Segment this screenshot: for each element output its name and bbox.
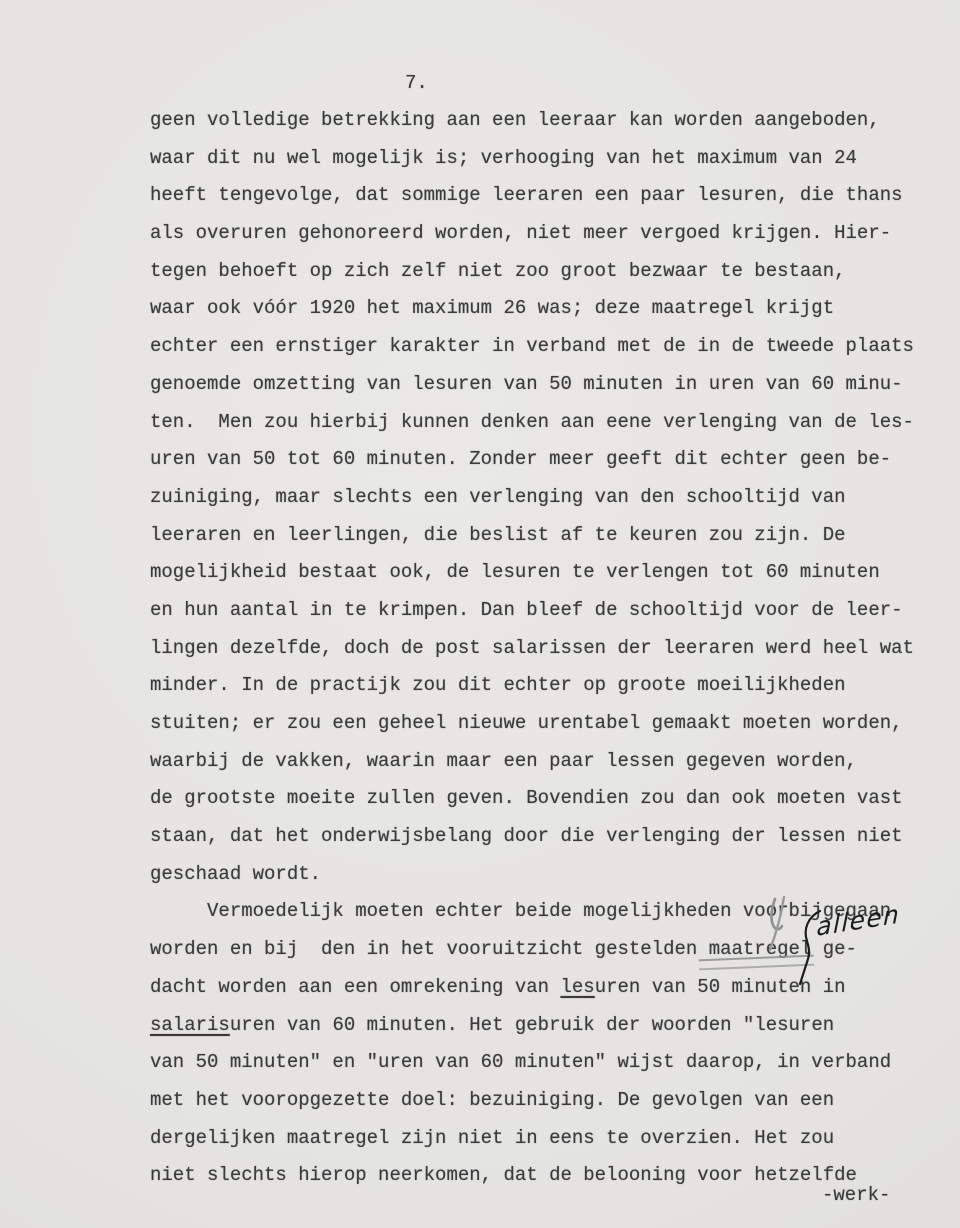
underlined-text: salaris xyxy=(150,1014,230,1036)
text-segment: dergelijken maatregel zijn niet in eens … xyxy=(150,1127,834,1149)
text-segment: dacht worden aan een omrekening van xyxy=(150,976,560,998)
underlined-text: les xyxy=(560,976,594,998)
text-segment: uren van 60 minuten. Het gebruik der woo… xyxy=(230,1014,834,1036)
text-line: en hun aantal in te krimpen. Dan bleef d… xyxy=(150,592,940,630)
text-line: staan, dat het onderwijsbelang door die … xyxy=(150,818,940,856)
typewritten-text: geen volledige betrekking aan een leeraa… xyxy=(150,102,940,1195)
scanned-page: 7. geen volledige betrekking aan een lee… xyxy=(0,0,960,1228)
text-segment: de grootste moeite zullen geven. Bovendi… xyxy=(150,787,903,809)
text-line: waar dit nu wel mogelijk is; verhooging … xyxy=(150,140,940,178)
text-segment: mogelijkheid bestaat ook, de lesuren te … xyxy=(150,561,880,583)
text-segment: genoemde omzetting van lesuren van 50 mi… xyxy=(150,373,903,395)
text-line: mogelijkheid bestaat ook, de lesuren te … xyxy=(150,554,940,592)
text-line: waar ook vóór 1920 het maximum 26 was; d… xyxy=(150,290,940,328)
text-line: stuiten; er zou een geheel nieuwe urenta… xyxy=(150,705,940,743)
text-segment: van 50 minuten" en "uren van 60 minuten"… xyxy=(150,1051,891,1073)
text-segment: zuiniging, maar slechts een verlenging v… xyxy=(150,486,846,508)
text-line: geschaad wordt. xyxy=(150,856,940,894)
text-line: salarisuren van 60 minuten. Het gebruik … xyxy=(150,1007,940,1045)
text-line: zuiniging, maar slechts een verlenging v… xyxy=(150,479,940,517)
text-line: genoemde omzetting van lesuren van 50 mi… xyxy=(150,366,940,404)
text-segment: met het vooropgezette doel: bezuiniging.… xyxy=(150,1089,834,1111)
text-segment: Vermoedelijk moeten echter beide mogelij… xyxy=(150,900,891,922)
text-line: echter een ernstiger karakter in verband… xyxy=(150,328,940,366)
text-line: dacht worden aan een omrekening van lesu… xyxy=(150,969,940,1007)
text-segment: niet slechts hierop neerkomen, dat de be… xyxy=(150,1164,857,1186)
text-segment: uren van 50 minuten in xyxy=(595,976,846,998)
text-segment: waar dit nu wel mogelijk is; verhooging … xyxy=(150,147,857,169)
text-line: uren van 50 tot 60 minuten. Zonder meer … xyxy=(150,441,940,479)
text-segment: geen volledige betrekking aan een leeraa… xyxy=(150,109,880,131)
text-line: leeraren en leerlingen, die beslist af t… xyxy=(150,517,940,555)
text-segment: leeraren en leerlingen, die beslist af t… xyxy=(150,524,846,546)
catchword: -werk- xyxy=(822,1184,890,1206)
text-line: waarbij de vakken, waarin maar een paar … xyxy=(150,743,940,781)
text-segment: echter een ernstiger karakter in verband… xyxy=(150,335,914,357)
text-segment: en hun aantal in te krimpen. Dan bleef d… xyxy=(150,599,903,621)
text-segment: ten. Men zou hierbij kunnen denken aan e… xyxy=(150,411,914,433)
text-segment: waar ook vóór 1920 het maximum 26 was; d… xyxy=(150,297,834,319)
text-segment: uren van 50 tot 60 minuten. Zonder meer … xyxy=(150,448,891,470)
text-segment: minder. In de practijk zou dit echter op… xyxy=(150,674,846,696)
text-line: ten. Men zou hierbij kunnen denken aan e… xyxy=(150,404,940,442)
text-line: lingen dezelfde, doch de post salarissen… xyxy=(150,630,940,668)
text-segment: stuiten; er zou een geheel nieuwe urenta… xyxy=(150,712,903,734)
text-line: als overuren gehonoreerd worden, niet me… xyxy=(150,215,940,253)
underlined-text: maatregel xyxy=(709,938,812,960)
text-segment: worden en bij den in het vooruitzicht ge… xyxy=(150,938,709,960)
text-line: de grootste moeite zullen geven. Bovendi… xyxy=(150,780,940,818)
text-line: met het vooropgezette doel: bezuiniging.… xyxy=(150,1082,940,1120)
text-line: heeft tengevolge, dat sommige leeraren e… xyxy=(150,177,940,215)
text-segment: waarbij de vakken, waarin maar een paar … xyxy=(150,750,857,772)
text-line: tegen behoeft op zich zelf niet zoo groo… xyxy=(150,253,940,291)
page-number: 7. xyxy=(405,72,428,94)
text-segment: heeft tengevolge, dat sommige leeraren e… xyxy=(150,184,903,206)
text-segment: lingen dezelfde, doch de post salarissen… xyxy=(150,637,914,659)
text-line: minder. In de practijk zou dit echter op… xyxy=(150,667,940,705)
text-segment: tegen behoeft op zich zelf niet zoo groo… xyxy=(150,260,846,282)
text-segment: geschaad wordt. xyxy=(150,863,321,885)
text-line: geen volledige betrekking aan een leeraa… xyxy=(150,102,940,140)
text-line: van 50 minuten" en "uren van 60 minuten"… xyxy=(150,1044,940,1082)
text-segment: als overuren gehonoreerd worden, niet me… xyxy=(150,222,891,244)
text-line: dergelijken maatregel zijn niet in eens … xyxy=(150,1120,940,1158)
text-segment: staan, dat het onderwijsbelang door die … xyxy=(150,825,903,847)
